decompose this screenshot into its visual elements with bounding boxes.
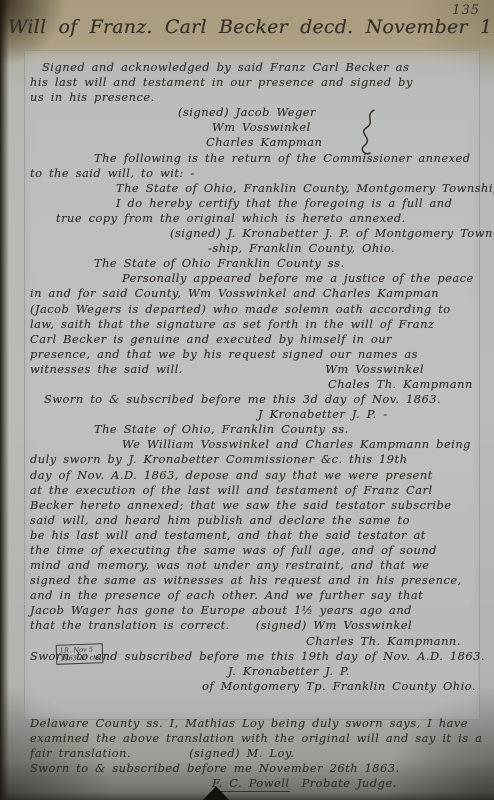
doc-line: of Montgomery Tp. Franklin County Ohio.	[202, 679, 476, 694]
doc-line: Sworn to & subscribed before me November…	[30, 761, 476, 776]
signature-line: J. Kronabetter J. P.	[228, 664, 476, 679]
signature-line: Charles Th. Kampmann.	[306, 634, 476, 649]
signature-line: J Kronabetter J. P. -	[258, 407, 476, 422]
fee-stamp: J.R. Nov 5 1863 10 cts	[56, 643, 104, 665]
document-body: Signed and acknowledged by said Franz Ca…	[30, 60, 476, 792]
doc-line: that the translation is correct.	[30, 618, 230, 633]
doc-line: -ship, Franklin County, Ohio.	[208, 241, 476, 256]
doc-line: mind and memory, was not under any restr…	[30, 558, 476, 573]
paragraph-gap	[30, 694, 476, 716]
signature-line: Wm Vosswinkel	[212, 120, 476, 135]
doc-line: said will, and heard him publish and dec…	[30, 513, 476, 528]
doc-line: presence, and that we by his request sig…	[30, 347, 476, 362]
doc-line: fair translation.	[30, 746, 131, 761]
fee-stamp-line: 1863 10 cts	[60, 653, 99, 662]
doc-line: We William Vosswinkel and Charles Kampma…	[122, 437, 476, 452]
signature-line: Wm Vosswinkel	[325, 362, 424, 377]
doc-line: The State of Ohio Franklin County ss.	[94, 256, 476, 271]
doc-line: Jacob Wager has gone to Europe about 1½ …	[30, 603, 476, 618]
signature-line: (signed) M. Loy.	[189, 746, 294, 761]
doc-line: be his last will and testament, and that…	[30, 528, 476, 543]
doc-line: day of Nov. A.D. 1863, depose and say th…	[30, 468, 476, 483]
doc-line: The State of Ohio, Franklin County ss.	[94, 422, 476, 437]
doc-line: Personally appeared before me a justice …	[122, 271, 476, 286]
doc-line: Signed and acknowledged by said Franz Ca…	[30, 60, 476, 75]
doc-line: his last will and testament in our prese…	[30, 75, 476, 90]
signature-line: (signed) J. Kronabetter J. P. of Montgom…	[170, 226, 476, 241]
signature-line: (signed) Wm Vosswinkel	[256, 618, 412, 633]
doc-line: in and for said County, Wm Vosswinkel an…	[30, 286, 476, 301]
doc-line: to the said will, to wit: -	[30, 166, 476, 181]
doc-line: us in his presence.	[30, 90, 476, 105]
doc-line: witnesses the said will.	[30, 362, 183, 377]
doc-line: Sworn to & subscribed before me this 3d …	[44, 392, 476, 407]
doc-line: Carl Becker is genuine and executed by h…	[30, 332, 476, 347]
doc-line: The following is the return of the Commi…	[94, 151, 476, 166]
doc-line: Probate Judge.	[302, 776, 397, 792]
page-corner-mark	[203, 786, 229, 800]
doc-line: true copy from the original which is her…	[56, 211, 476, 226]
signature-line: (signed) Jacob Weger	[178, 105, 476, 120]
document-photo: 135 Will of Franz. Carl Becker decd. Nov…	[0, 0, 494, 800]
doc-line: The State of Ohio, Franklin County, Mont…	[116, 181, 476, 196]
doc-line: Delaware County ss. I, Mathias Loy being…	[30, 716, 476, 731]
signature-line: Chales Th. Kampmann	[328, 377, 476, 392]
signature-line: Charles Kampman	[206, 135, 476, 150]
doc-line: signed the same as witnesses at his requ…	[30, 573, 476, 588]
doc-line: I do hereby certify that the foregoing i…	[116, 196, 476, 211]
doc-line: examined the above translation with the …	[30, 731, 476, 746]
doc-line: the time of executing the same was of fu…	[30, 543, 476, 558]
doc-line: law, saith that the signature as set for…	[30, 317, 476, 332]
document-title: Will of Franz. Carl Becker decd. Novembe…	[8, 16, 464, 38]
doc-line: duly sworn by J. Kronabetter Commissione…	[30, 452, 476, 467]
doc-line: Becker hereto annexed; that we saw the s…	[30, 498, 476, 513]
doc-line: (Jacob Wegers is departed) who made sole…	[30, 302, 476, 317]
doc-line: at the execution of the last will and te…	[30, 483, 476, 498]
doc-line: and in the presence of each other. And w…	[30, 588, 476, 603]
